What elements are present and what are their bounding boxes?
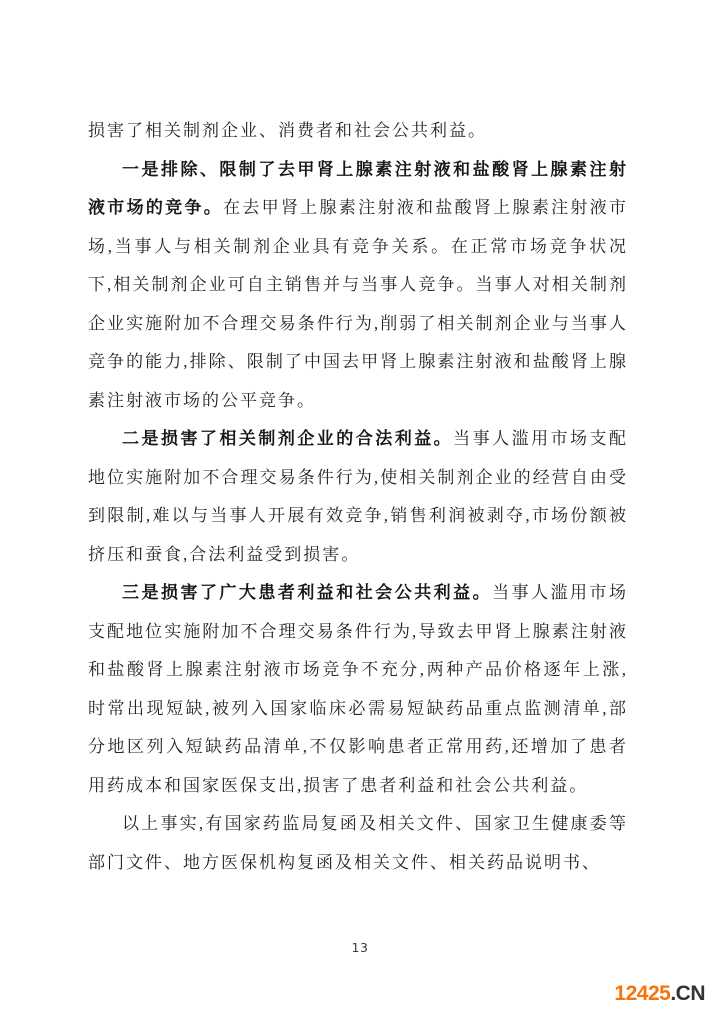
site-watermark: 12425.CN	[614, 983, 705, 1004]
paragraph-evidence: 以上事实,有国家药监局复函及相关文件、国家卫生健康委等部门文件、地方医保机构复函…	[88, 805, 628, 882]
watermark-domain-suffix: .CN	[670, 982, 705, 1005]
paragraph-lead-bold: 二是损害了相关制剂企业的合法利益。	[122, 429, 453, 448]
document-text: 损害了相关制剂企业、消费者和社会公共利益。 一是排除、限制了去甲肾上腺素注射液和…	[88, 112, 628, 882]
paragraph-text: 当事人滥用市场支配地位实施附加不合理交易条件行为,使相关制剂企业的经营自由受到限…	[88, 429, 628, 564]
paragraph-lead-bold: 三是损害了广大患者利益和社会公共利益。	[122, 583, 492, 602]
watermark-number: 12425	[614, 982, 670, 1005]
paragraph-point-three: 三是损害了广大患者利益和社会公共利益。当事人滥用市场支配地位实施附加不合理交易条…	[88, 574, 628, 805]
paragraph-point-one: 一是排除、限制了去甲肾上腺素注射液和盐酸肾上腺素注射液市场的竞争。在去甲肾上腺素…	[88, 151, 628, 421]
paragraph-continuation: 损害了相关制剂企业、消费者和社会公共利益。	[88, 112, 628, 151]
document-page: 损害了相关制剂企业、消费者和社会公共利益。 一是排除、限制了去甲肾上腺素注射液和…	[0, 0, 720, 1018]
paragraph-text: 在去甲肾上腺素注射液和盐酸肾上腺素注射液市场,当事人与相关制剂企业具有竞争关系。…	[88, 198, 628, 410]
page-number: 13	[0, 940, 720, 955]
paragraph-text: 以上事实,有国家药监局复函及相关文件、国家卫生健康委等部门文件、地方医保机构复函…	[88, 814, 628, 872]
paragraph-text: 损害了相关制剂企业、消费者和社会公共利益。	[88, 121, 487, 140]
paragraph-point-two: 二是损害了相关制剂企业的合法利益。当事人滥用市场支配地位实施附加不合理交易条件行…	[88, 420, 628, 574]
paragraph-text: 当事人滥用市场支配地位实施附加不合理交易条件行为,导致去甲肾上腺素注射液和盐酸肾…	[88, 583, 628, 795]
